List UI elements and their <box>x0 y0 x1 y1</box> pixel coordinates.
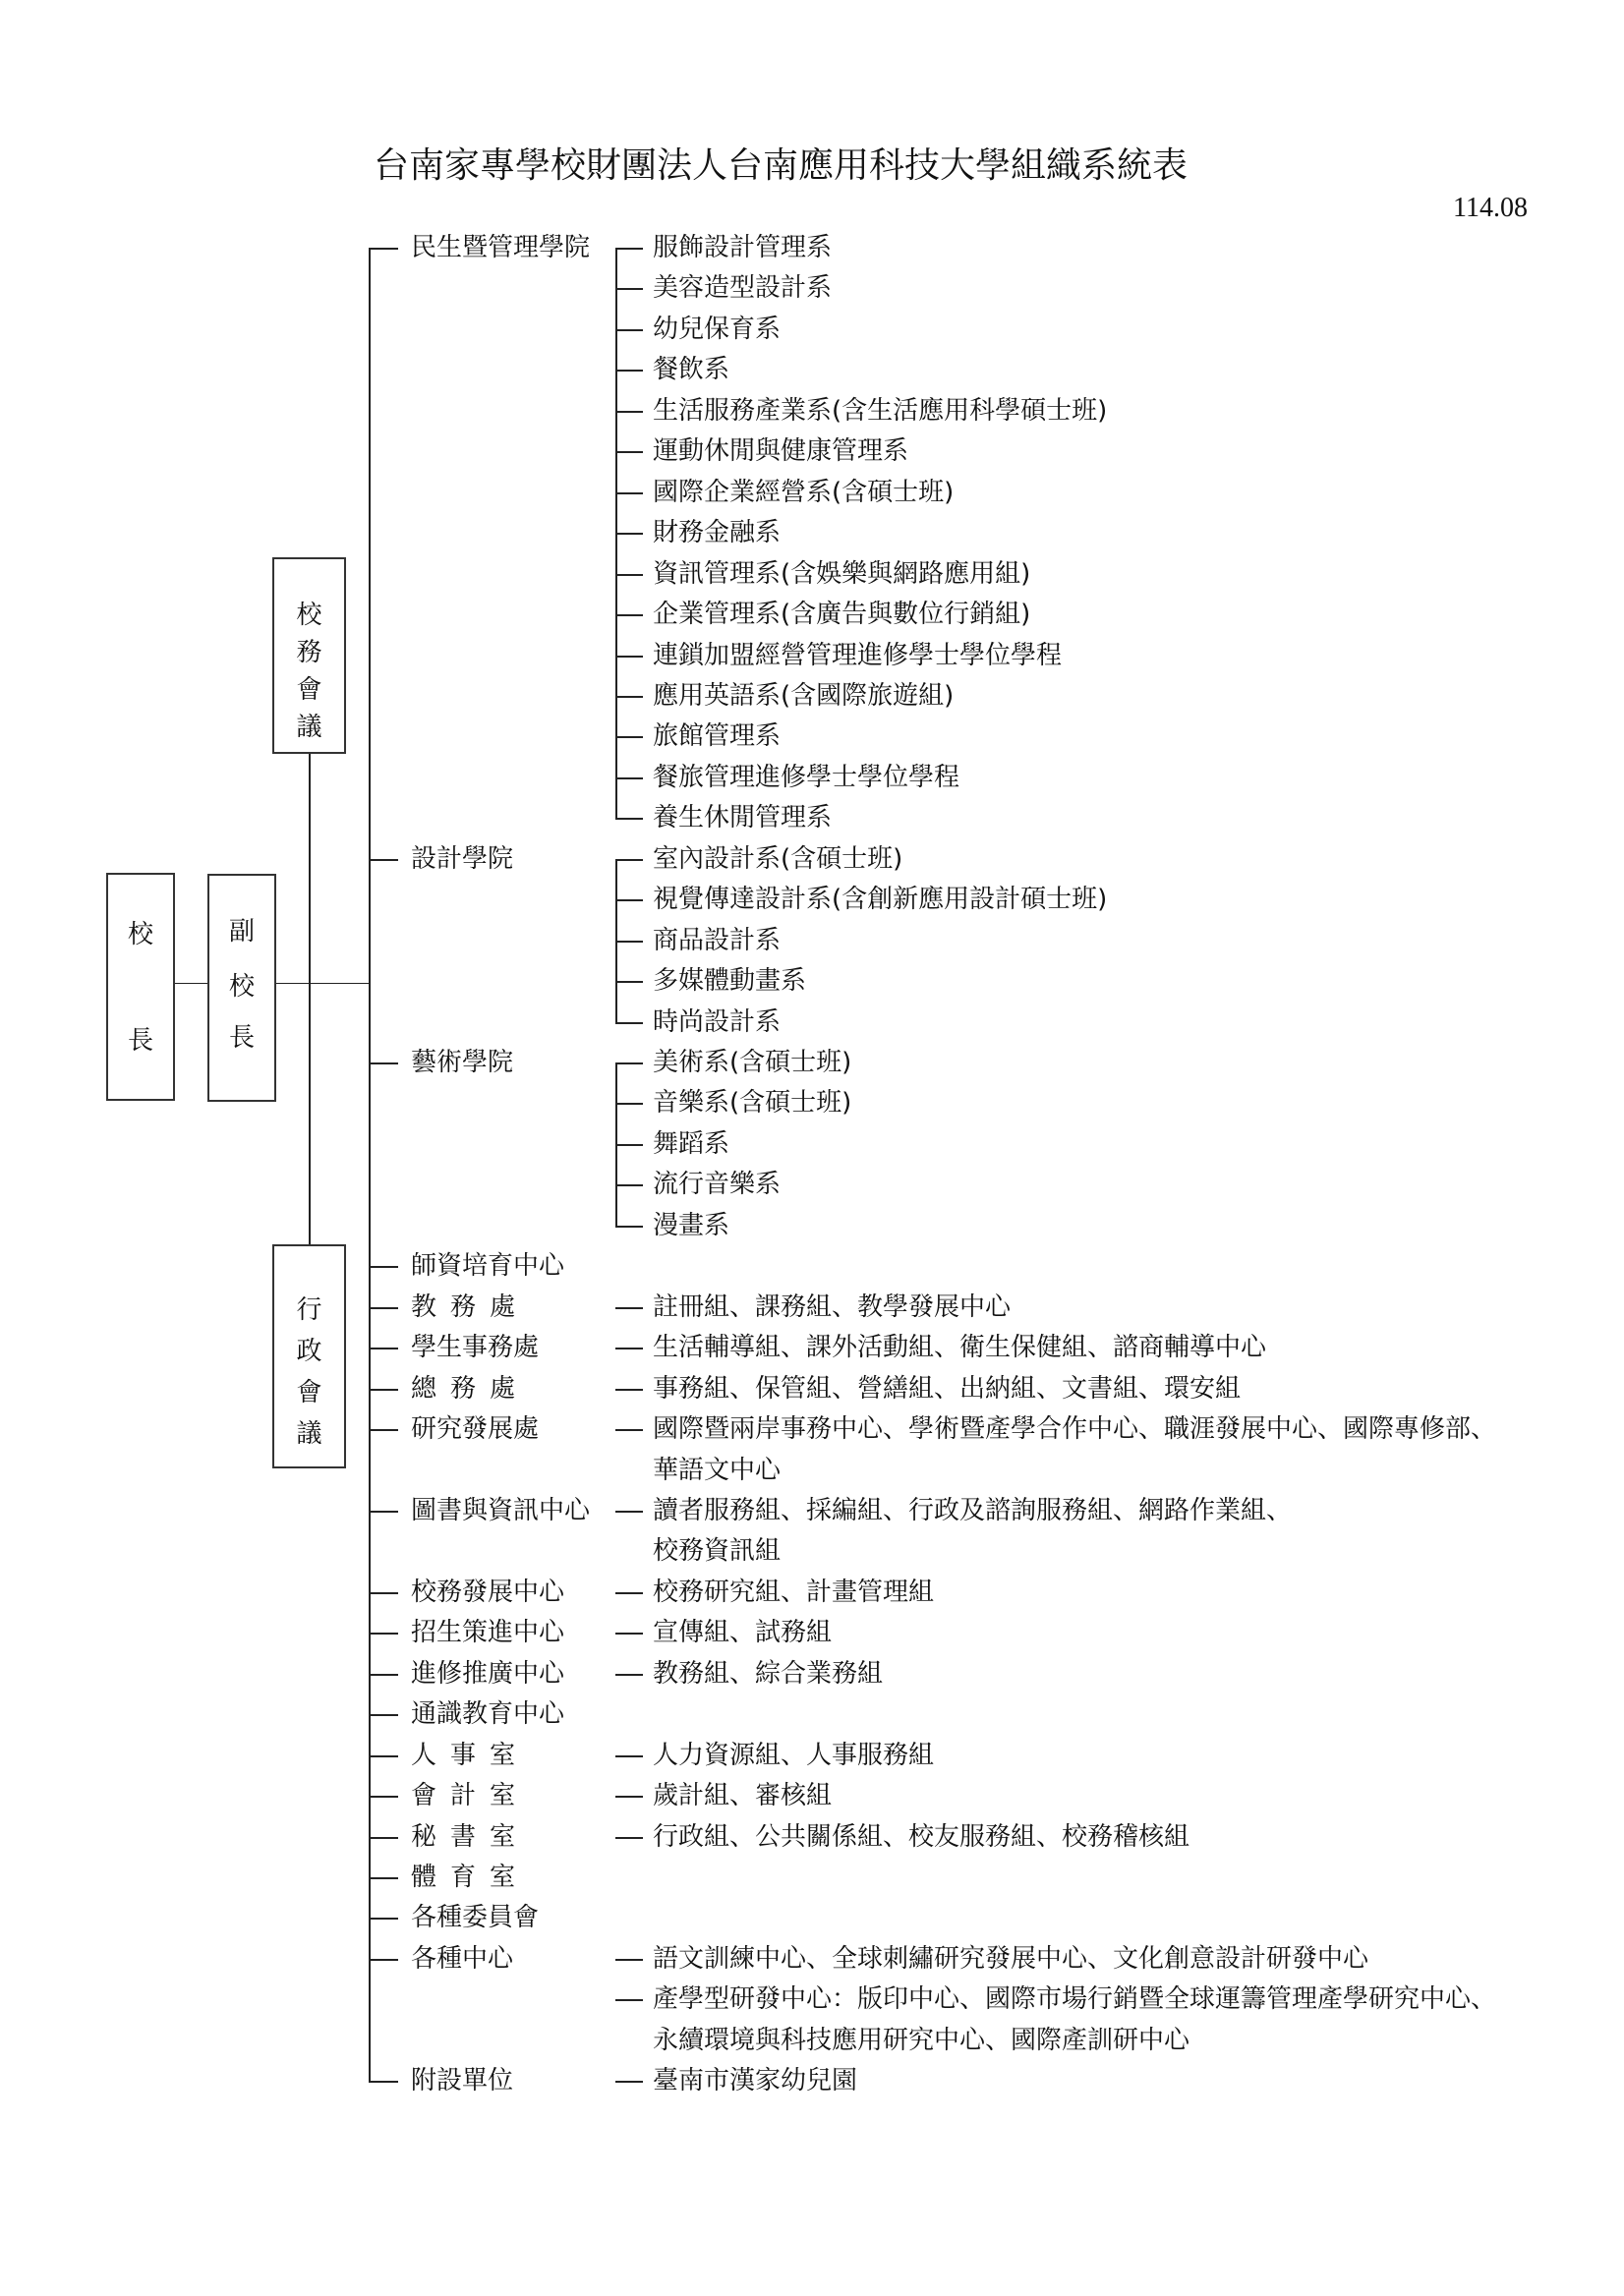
branch-line <box>369 859 398 861</box>
sub-branch-dash <box>615 1837 643 1839</box>
sub-unit-text: 華語文中心 <box>653 1456 781 1485</box>
admin-unit-name: 通識教育中心 <box>411 1699 564 1729</box>
admin-unit-name: 總務處 <box>411 1374 529 1404</box>
department-item: 應用英語系(含國際旅遊組) <box>653 681 954 711</box>
department-item: 多媒體動畫系 <box>653 966 806 996</box>
sub-unit-text: 臺南市漢家幼兒園 <box>653 2066 857 2095</box>
meeting-char: 議 <box>274 1413 344 1450</box>
sub-unit-text: 歲計組、審核組 <box>653 1781 832 1810</box>
department-item: 連鎖加盟經營管理進修學士學位學程 <box>653 641 1062 670</box>
vice-president-char: 副 <box>209 911 274 947</box>
admin-unit-name: 各種中心 <box>411 1944 513 1974</box>
meeting-char: 行 <box>274 1290 344 1326</box>
department-item: 流行音樂系 <box>653 1170 781 1199</box>
branch-line <box>369 1633 398 1635</box>
admin-unit-name: 學生事務處 <box>411 1333 539 1362</box>
meeting-char: 議 <box>274 707 344 743</box>
vice-president-box: 副 校 長 <box>207 874 276 1102</box>
department-item: 漫畫系 <box>653 1211 729 1240</box>
department-item: 餐飲系 <box>653 355 729 384</box>
page-title: 台南家專學校財團法人台南應用科技大學組織系統表 <box>374 138 1188 188</box>
department-item: 運動休閒與健康管理系 <box>653 436 908 466</box>
meeting-char: 政 <box>274 1331 344 1367</box>
branch-line <box>615 818 643 820</box>
branch-line <box>615 411 643 413</box>
branch-line <box>615 1226 643 1228</box>
sub-branch-dash <box>615 1674 643 1676</box>
sub-unit-text: 宣傳組、試務組 <box>653 1618 832 1647</box>
department-item: 美容造型設計系 <box>653 273 832 303</box>
department-item: 音樂系(含碩士班) <box>653 1088 851 1118</box>
connector-line <box>175 983 207 984</box>
admin-unit-name: 進修推廣中心 <box>411 1659 564 1689</box>
branch-line <box>615 329 643 331</box>
branch-line <box>615 1062 643 1064</box>
branch-line <box>615 1144 643 1146</box>
branch-line <box>369 1592 398 1594</box>
sub-unit-text: 人力資源組、人事服務組 <box>653 1741 934 1770</box>
president-char: 長 <box>108 1020 173 1057</box>
branch-line <box>369 1837 398 1839</box>
sub-unit-text: 讀者服務組、採編組、行政及諮詢服務組、網路作業組、 <box>653 1496 1292 1525</box>
branch-line <box>615 248 643 250</box>
college-name: 藝術學院 <box>411 1048 513 1077</box>
department-item: 財務金融系 <box>653 518 781 547</box>
branch-line <box>369 1959 398 1961</box>
branch-line <box>615 574 643 576</box>
meeting-char: 會 <box>274 1372 344 1408</box>
branch-line <box>369 1348 398 1349</box>
college-name: 民生暨管理學院 <box>411 233 590 262</box>
admin-unit-name: 圖書與資訊中心 <box>411 1496 590 1525</box>
admin-unit-name: 人事室 <box>411 1741 529 1770</box>
version-label: 114.08 <box>1453 193 1528 224</box>
department-item: 美術系(含碩士班) <box>653 1048 851 1077</box>
meeting-char: 會 <box>274 669 344 706</box>
department-item: 幼兒保育系 <box>653 315 781 344</box>
connector-line <box>276 983 370 984</box>
admin-unit-name: 各種委員會 <box>411 1903 539 1932</box>
department-item: 國際企業經營系(含碩士班) <box>653 478 954 507</box>
school-affairs-meeting-box: 校 務 會 議 <box>272 557 346 754</box>
college-name: 設計學院 <box>411 844 513 874</box>
branch-line <box>615 777 643 779</box>
admin-unit-name: 體育室 <box>411 1863 529 1892</box>
department-item: 企業管理系(含廣告與數位行銷組) <box>653 600 1030 629</box>
branch-line <box>615 941 643 943</box>
admin-unit-name: 附設單位 <box>411 2066 513 2095</box>
sub-branch-dash <box>615 1999 643 2001</box>
meeting-char: 務 <box>274 632 344 668</box>
branch-line <box>369 1429 398 1431</box>
branch-line <box>615 1103 643 1105</box>
sub-unit-text: 校務研究組、計畫管理組 <box>653 1578 934 1607</box>
sub-unit-text: 語文訓練中心、全球刺繡研究發展中心、文化創意設計研發中心 <box>653 1944 1368 1974</box>
branch-line <box>369 1674 398 1676</box>
vice-president-char: 長 <box>209 1017 274 1054</box>
branch-line <box>369 248 398 250</box>
sub-branch-dash <box>615 1959 643 1961</box>
branch-line <box>615 899 643 901</box>
department-item: 資訊管理系(含娛樂與網路應用組) <box>653 559 1030 589</box>
sub-unit-text: 註冊組、課務組、教學發展中心 <box>653 1292 1011 1322</box>
department-item: 餐旅管理進修學士學位學程 <box>653 763 959 792</box>
president-box: 校 長 <box>106 873 175 1101</box>
department-item: 旅館管理系 <box>653 721 781 751</box>
admin-unit-name: 招生策進中心 <box>411 1618 564 1647</box>
branch-line <box>615 533 643 535</box>
branch-line <box>615 981 643 983</box>
branch-line <box>369 1796 398 1798</box>
branch-line <box>615 1022 643 1024</box>
department-item: 室內設計系(含碩士班) <box>653 844 902 874</box>
main-spine-line <box>369 249 371 2083</box>
sub-unit-text: 行政組、公共關係組、校友服務組、校務稽核組 <box>653 1822 1189 1852</box>
sub-branch-dash <box>615 1307 643 1309</box>
sub-branch-dash <box>615 2081 643 2083</box>
branch-line <box>615 1184 643 1186</box>
sub-unit-text: 國際暨兩岸事務中心、學術暨產學合作中心、職涯發展中心、國際專修部、 <box>653 1414 1496 1444</box>
department-item: 舞蹈系 <box>653 1129 729 1159</box>
admin-unit-name: 校務發展中心 <box>411 1578 564 1607</box>
admin-unit-name: 秘書室 <box>411 1822 529 1852</box>
sub-branch-dash <box>615 1796 643 1798</box>
sub-unit-text: 產學型研發中心：版印中心、國際市場行銷暨全球運籌管理產學研究中心、 <box>653 1984 1496 2014</box>
department-item: 服飾設計管理系 <box>653 233 832 262</box>
sub-unit-text: 校務資訊組 <box>653 1536 781 1566</box>
sub-branch-dash <box>615 1755 643 1757</box>
sub-branch-dash <box>615 1511 643 1513</box>
sub-branch-dash <box>615 1592 643 1594</box>
branch-line <box>615 696 643 698</box>
administrative-meeting-box: 行 政 會 議 <box>272 1244 346 1468</box>
department-item: 時尚設計系 <box>653 1007 781 1037</box>
department-item: 生活服務產業系(含生活應用科學碩士班) <box>653 396 1107 426</box>
branch-line <box>369 1714 398 1716</box>
branch-line <box>615 614 643 616</box>
branch-line <box>615 451 643 453</box>
branch-line <box>615 859 643 861</box>
branch-line <box>369 1266 398 1268</box>
department-item: 商品設計系 <box>653 926 781 955</box>
president-char: 校 <box>108 914 173 950</box>
branch-line <box>369 1755 398 1757</box>
meeting-char: 校 <box>274 595 344 631</box>
branch-line <box>369 1062 398 1064</box>
sub-branch-dash <box>615 1348 643 1349</box>
branch-line <box>615 288 643 290</box>
sub-unit-text: 教務組、綜合業務組 <box>653 1659 883 1689</box>
branch-line <box>615 656 643 658</box>
vice-president-char: 校 <box>209 966 274 1003</box>
branch-line <box>369 1877 398 1879</box>
branch-line <box>369 1511 398 1513</box>
sub-unit-text: 生活輔導組、課外活動組、衛生保健組、諮商輔導中心 <box>653 1333 1266 1362</box>
admin-unit-name: 會計室 <box>411 1781 529 1810</box>
connector-line <box>309 754 311 1244</box>
admin-unit-name: 研究發展處 <box>411 1414 539 1444</box>
admin-unit-name: 教務處 <box>411 1292 529 1322</box>
branch-line <box>369 1389 398 1391</box>
branch-line <box>369 1307 398 1309</box>
department-item: 視覺傳達設計系(含創新應用設計碩士班) <box>653 885 1107 914</box>
branch-line <box>615 492 643 494</box>
branch-line <box>615 736 643 738</box>
admin-unit-name: 師資培育中心 <box>411 1251 564 1281</box>
sub-branch-dash <box>615 1389 643 1391</box>
sub-unit-text: 事務組、保管組、營繕組、出納組、文書組、環安組 <box>653 1374 1241 1404</box>
branch-line <box>615 370 643 372</box>
sub-unit-text: 永續環境與科技應用研究中心、國際產訓研中心 <box>653 2026 1189 2055</box>
branch-line <box>369 1918 398 1920</box>
department-item: 養生休閒管理系 <box>653 803 832 832</box>
sub-branch-dash <box>615 1429 643 1431</box>
branch-line <box>369 2081 398 2083</box>
sub-branch-dash <box>615 1633 643 1635</box>
